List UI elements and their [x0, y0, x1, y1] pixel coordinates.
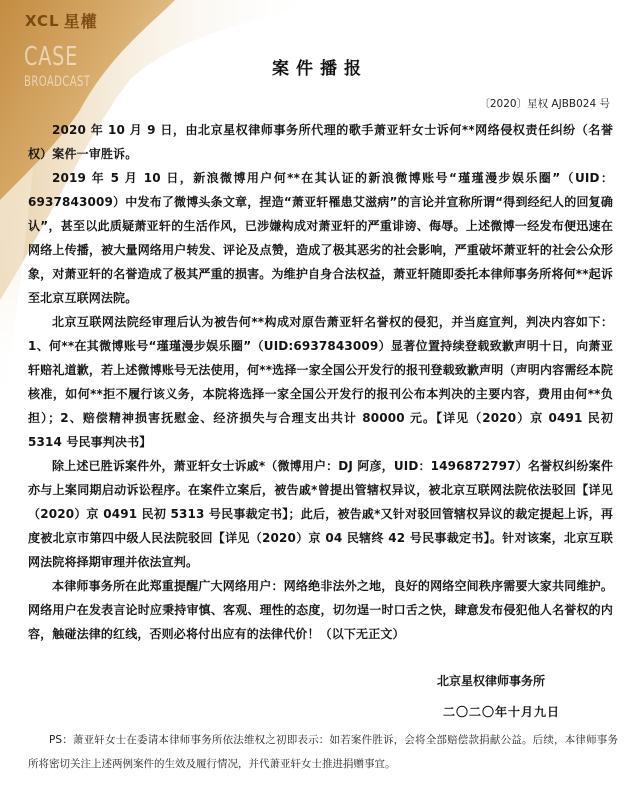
- company-logo: XCL 星權: [25, 9, 98, 32]
- paragraph-second-case: 除上述已胜诉案件外，萧亚轩女士诉戚*（微博用户：DJ 阿彦，UID：149687…: [28, 454, 613, 574]
- signature-org-text: 北京星权律师事务所: [437, 672, 545, 689]
- paragraph-judgment: 北京互联网法院经审理后认为被告何**构成对原告萧亚轩名誉权的侵犯，并当庭宣判，判…: [28, 310, 613, 454]
- logo-latin-text: XCL: [25, 12, 60, 30]
- paragraph-announcement: 2020 年 10 月 9 日，由北京星权律师事务所代理的歌手萧亚轩女士诉何**…: [28, 118, 613, 166]
- page-title: 案件播报: [0, 54, 640, 79]
- postscript-text: PS：萧亚轩女士在委请本律师事务所依法维权之初即表示：如若案件胜诉，会将全部赔偿…: [28, 728, 618, 776]
- paragraph-reminder: 本律师事务所在此郑重提醒广大网络用户：网络绝非法外之地，良好的网络空间秩序需要大…: [28, 574, 613, 646]
- logo-chinese-text: 星權: [64, 9, 98, 32]
- signature-date-text: 二〇二〇年十月九日: [443, 703, 560, 720]
- document-number: 〔2020〕星权 AJBB024 号: [479, 96, 610, 111]
- postscript: PS：萧亚轩女士在委请本律师事务所依法维权之初即表示：如若案件胜诉，会将全部赔偿…: [28, 728, 618, 776]
- paragraph-background: 2019 年 5 月 10 日，新浪微博用户何**在其认证的新浪微博账号“瑾瑾漫…: [28, 166, 613, 310]
- document-body: 2020 年 10 月 9 日，由北京星权律师事务所代理的歌手萧亚轩女士诉何**…: [28, 118, 613, 646]
